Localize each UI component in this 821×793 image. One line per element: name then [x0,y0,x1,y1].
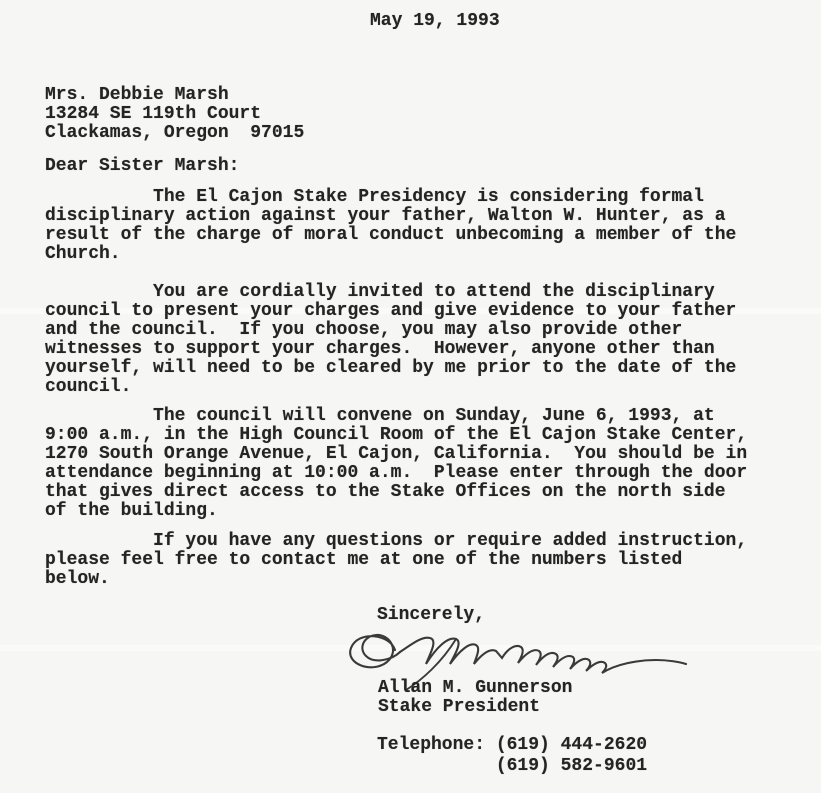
letter-page: May 19, 1993 Mrs. Debbie Marsh 13284 SE … [0,0,821,793]
sender-title: Stake President [378,698,572,717]
body-paragraph-1: The El Cajon Stake Presidency is conside… [45,188,736,264]
body-paragraph-4: If you have any questions or require add… [45,532,747,589]
sender-block: Allan M. Gunnerson Stake President [378,679,572,717]
salutation: Dear Sister Marsh: [45,157,239,176]
recipient-city-line: Clackamas, Oregon 97015 [45,124,304,143]
letter-date: May 19, 1993 [370,12,500,31]
recipient-street: 13284 SE 119th Court [45,105,304,124]
body-paragraph-2: You are cordially invited to attend the … [45,283,736,397]
body-paragraph-3: The council will convene on Sunday, June… [45,407,747,521]
recipient-name: Mrs. Debbie Marsh [45,86,304,105]
telephone-block: Telephone: (619) 444-2620 (619) 582-9601 [377,735,647,777]
recipient-block: Mrs. Debbie Marsh 13284 SE 119th Court C… [45,86,304,143]
sender-name: Allan M. Gunnerson [378,679,572,698]
